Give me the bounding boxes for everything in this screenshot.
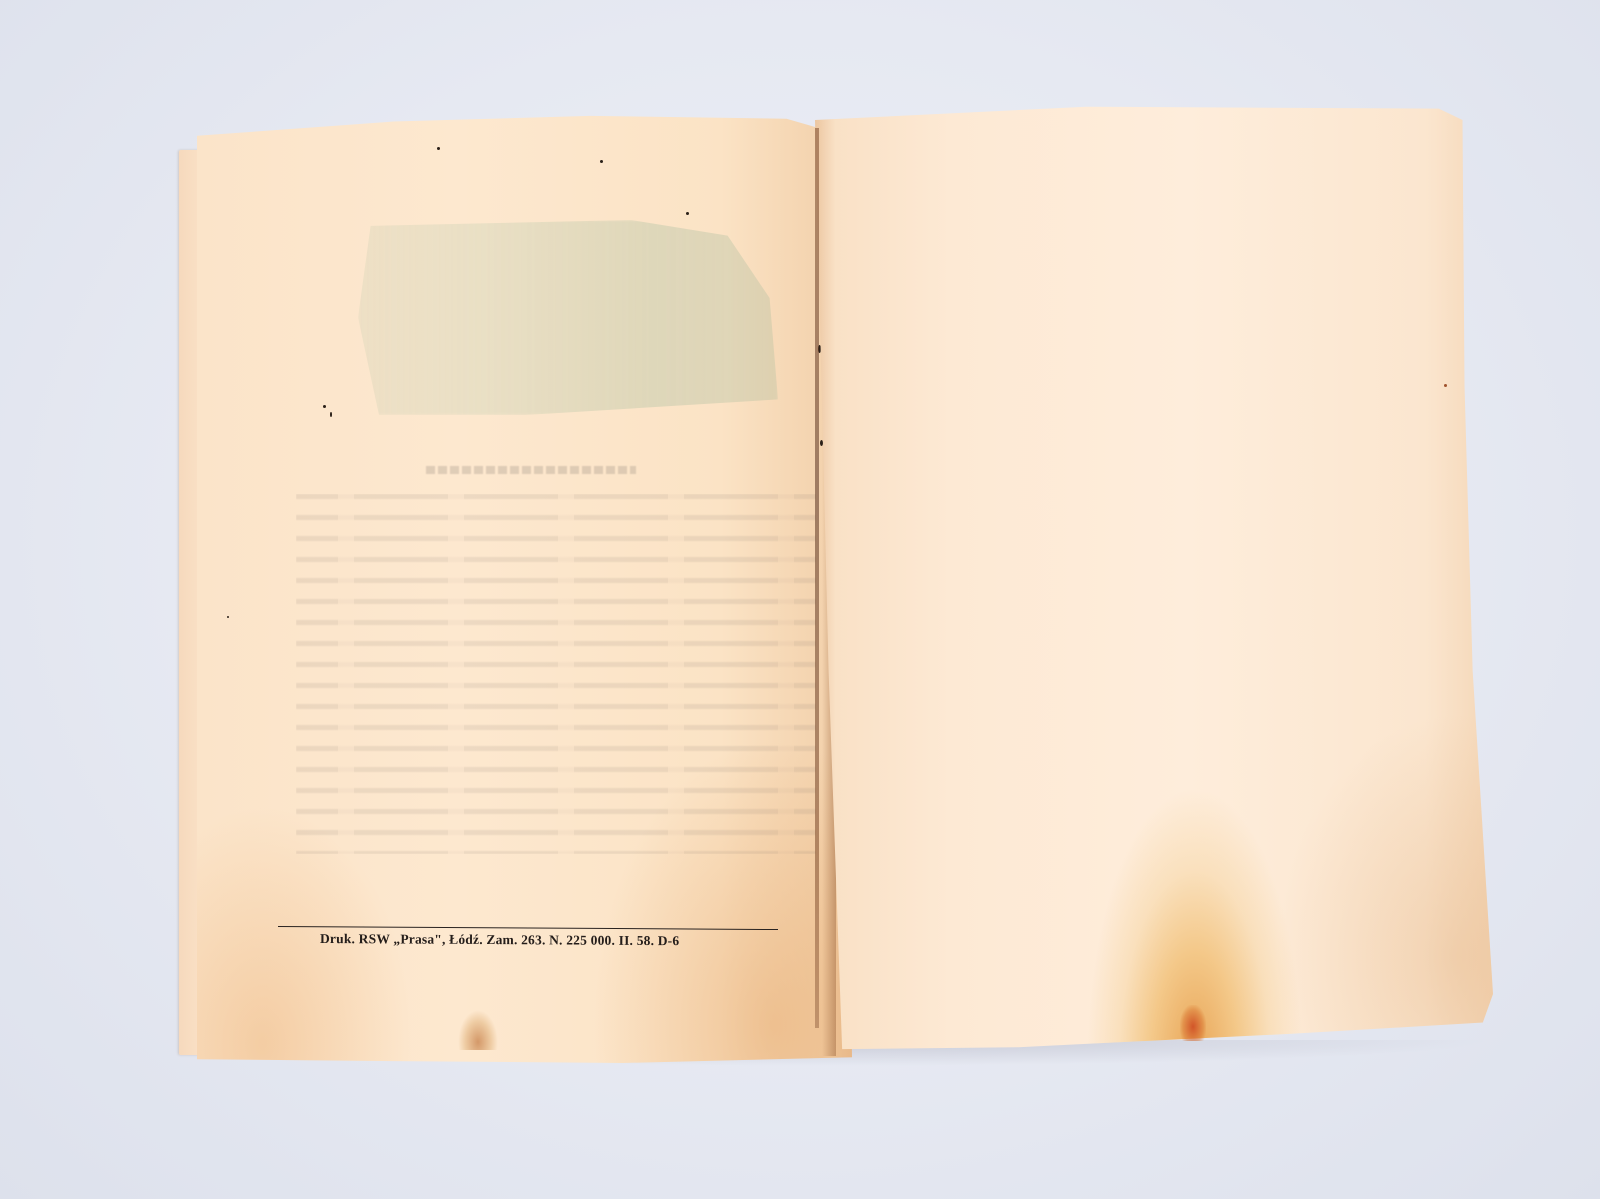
speck: [686, 212, 689, 215]
stain-right-page: [1180, 1005, 1206, 1041]
speck: [1444, 384, 1447, 387]
stain-left-page: [458, 1010, 498, 1050]
bleed-through-illustration: [358, 220, 778, 415]
booklet-photo: Druk. RSW „Prasa", Łódź. Zam. 263. N. 22…: [0, 0, 1600, 1199]
bleed-through-heading: [426, 466, 636, 474]
speck: [600, 160, 603, 163]
speck: [330, 412, 332, 417]
spine-edge: [815, 128, 819, 1028]
speck: [323, 405, 326, 408]
printer-imprint: Druk. RSW „Prasa", Łódź. Zam. 263. N. 22…: [320, 931, 790, 950]
speck: [227, 616, 229, 618]
speck: [820, 440, 823, 446]
bleed-through-text: [296, 494, 816, 854]
right-page: [815, 101, 1493, 1051]
speck: [437, 147, 440, 150]
